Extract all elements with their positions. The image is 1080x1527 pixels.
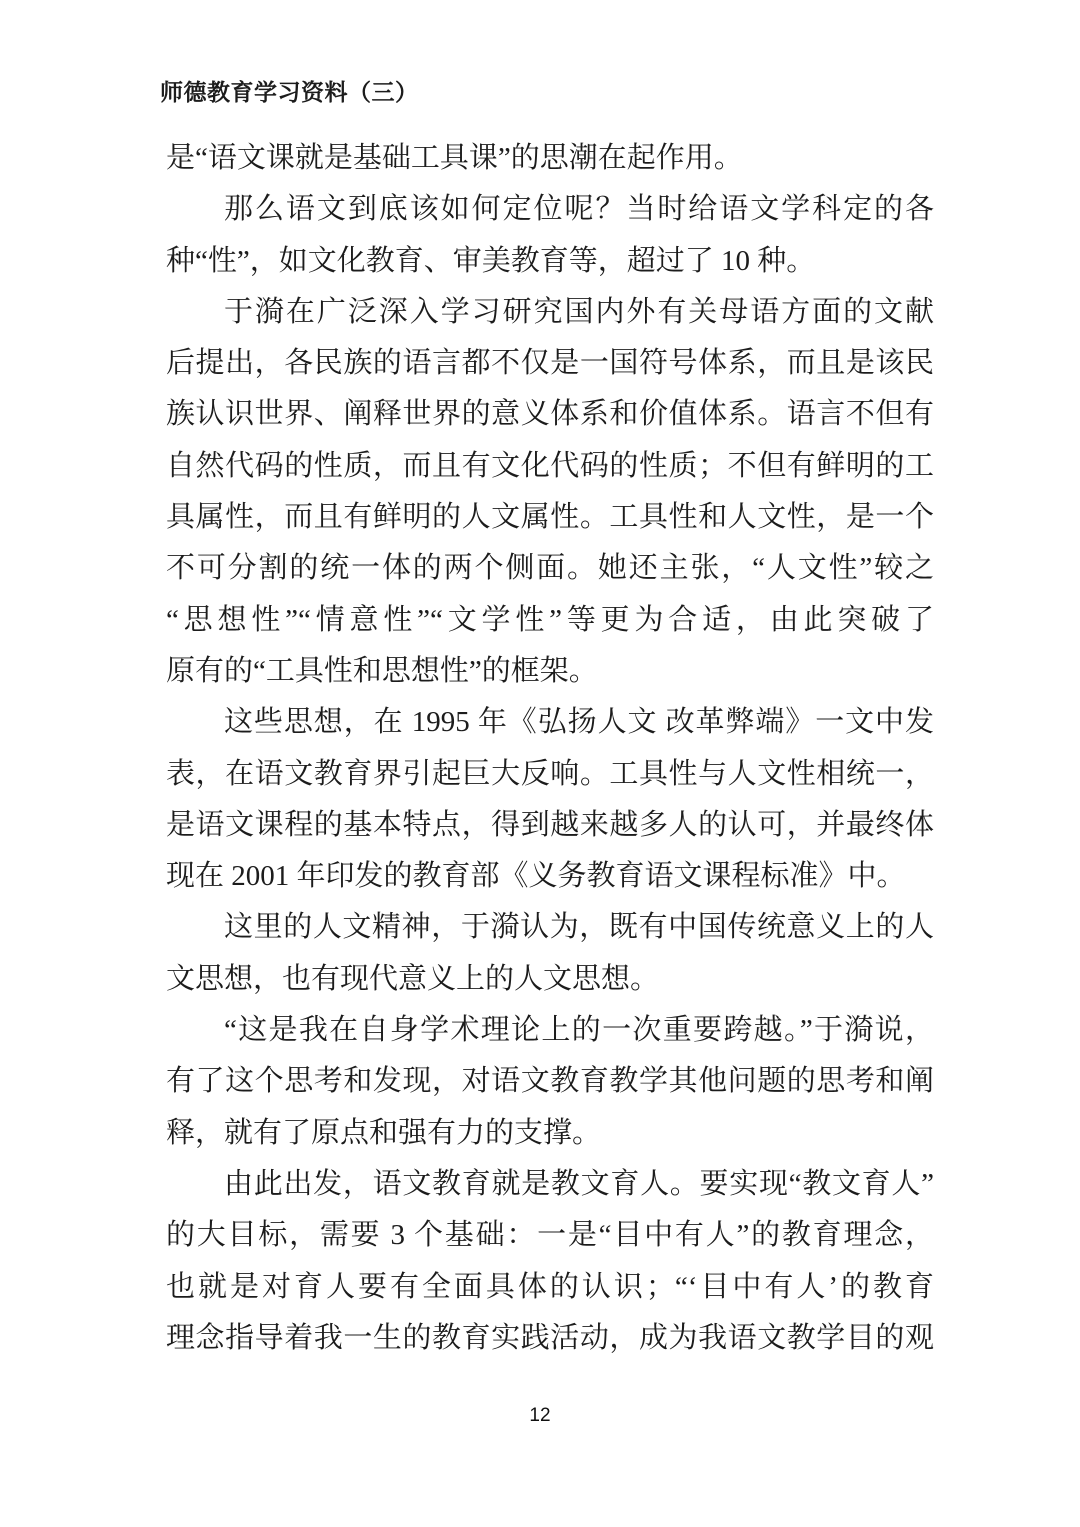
text-line: 具属性，而且有鲜明的人文属性。工具性和人文性，是一个 [166, 492, 934, 543]
text-line: 是语文课程的基本特点，得到越来越多人的认可，并最终体 [166, 800, 934, 851]
document-header: 师德教育学习资料（三） [160, 74, 419, 107]
text-line: 于漪在广泛深入学习研究国内外有关母语方面的文献 [166, 287, 934, 338]
paragraph: 于漪在广泛深入学习研究国内外有关母语方面的文献后提出，各民族的语言都不仅是一国符… [166, 287, 934, 697]
text-line: 是“语文课就是基础工具课”的思潮在起作用。 [166, 133, 934, 184]
text-line: 种“性”，如文化教育、审美教育等，超过了 10 种。 [166, 236, 934, 287]
text-line: 后提出，各民族的语言都不仅是一国符号体系，而且是该民 [166, 338, 934, 389]
text-line: 不可分割的统一体的两个侧面。她还主张，“人文性”较之 [166, 543, 934, 594]
text-line: 表，在语文教育界引起巨大反响。工具性与人文性相统一， [166, 749, 934, 800]
text-line: 有了这个思考和发现，对语文教育教学其他问题的思考和阐 [166, 1056, 934, 1107]
text-line: “这是我在自身学术理论上的一次重要跨越。”于漪说， [166, 1005, 934, 1056]
text-line: 自然代码的性质，而且有文化代码的性质；不但有鲜明的工 [166, 441, 934, 492]
paragraph: 这些思想，在 1995 年《弘扬人文 改革弊端》一文中发表，在语文教育界引起巨大… [166, 697, 934, 902]
paragraph: 这里的人文精神，于漪认为，既有中国传统意义上的人文思想，也有现代意义上的人文思想… [166, 902, 934, 1005]
text-line: 这里的人文精神，于漪认为，既有中国传统意义上的人 [166, 902, 934, 953]
text-line: 理念指导着我一生的教育实践活动，成为我语文教学目的观 [166, 1313, 934, 1364]
paragraph: “这是我在自身学术理论上的一次重要跨越。”于漪说，有了这个思考和发现，对语文教育… [166, 1005, 934, 1159]
text-line: “思想性”“情意性”“文学性”等更为合适，由此突破了 [166, 595, 934, 646]
paragraph: 那么语文到底该如何定位呢？当时给语文学科定的各种“性”，如文化教育、审美教育等，… [166, 184, 934, 287]
text-line: 族认识世界、阐释世界的意义体系和价值体系。语言不但有 [166, 389, 934, 440]
text-line: 由此出发，语文教育就是教文育人。要实现“教文育人” [166, 1159, 934, 1210]
paragraph: 由此出发，语文教育就是教文育人。要实现“教文育人”的大目标，需要 3 个基础：一… [166, 1159, 934, 1364]
text-line: 释，就有了原点和强有力的支撑。 [166, 1108, 934, 1159]
paragraph: 是“语文课就是基础工具课”的思潮在起作用。 [166, 133, 934, 184]
text-line: 现在 2001 年印发的教育部《义务教育语文课程标准》中。 [166, 851, 934, 902]
text-line: 这些思想，在 1995 年《弘扬人文 改革弊端》一文中发 [166, 697, 934, 748]
text-line: 文思想，也有现代意义上的人文思想。 [166, 954, 934, 1005]
text-line: 的大目标，需要 3 个基础：一是“目中有人”的教育理念， [166, 1210, 934, 1261]
text-line: 那么语文到底该如何定位呢？当时给语文学科定的各 [166, 184, 934, 235]
text-line: 也就是对育人要有全面具体的认识；“‘目中有人’的教育 [166, 1262, 934, 1313]
page-number: 12 [0, 1405, 1080, 1427]
document-body: 是“语文课就是基础工具课”的思潮在起作用。那么语文到底该如何定位呢？当时给语文学… [166, 133, 934, 1364]
text-line: 原有的“工具性和思想性”的框架。 [166, 646, 934, 697]
